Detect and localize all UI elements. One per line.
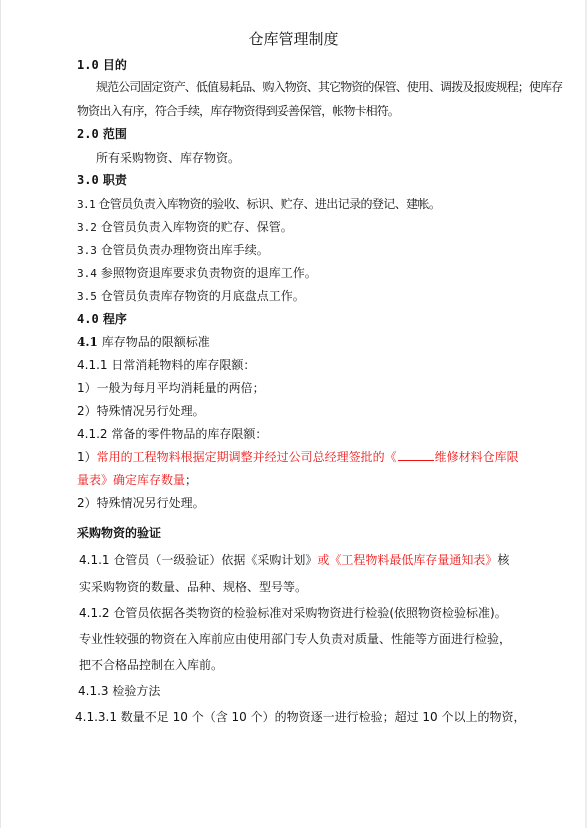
list-item: 1）常用的工程物料根据定期调整并经过公司总经理签批的《维修材料仓库限 — [77, 450, 519, 464]
item-text: 仓管员负责入库物资的验收、标识、贮存、进出记录的登记、建帐。 — [98, 197, 440, 211]
list-item: 3.1 仓管员负责入库物资的验收、标识、贮存、进出记录的登记、建帐。 — [77, 197, 440, 212]
heading-number: 1.0 — [77, 58, 99, 72]
heading-text: 目的 — [103, 58, 127, 72]
item-number: 3.1 — [77, 198, 95, 211]
list-item: 3.4 参照物资退库要求负责物资的退库工作。 — [77, 266, 317, 281]
highlighted-text: 维修材料仓库限 — [435, 450, 519, 464]
heading-number: 2.0 — [77, 127, 99, 141]
paragraph: 4.1.1 仓管员（一级验证）依据《采购计划》或《工程物料最低库存量通知表》核 — [79, 553, 509, 567]
item-prefix: 1） — [77, 450, 97, 464]
heading-number: 3.0 — [77, 173, 99, 187]
section-heading-procedure: 4.0 程序 — [77, 312, 127, 326]
section-heading-verification: 采购物资的验证 — [77, 526, 161, 540]
text: 核 — [497, 553, 509, 567]
paragraph: 实采购物资的数量、品种、规格、型号等。 — [79, 580, 307, 594]
paragraph: 4.1.3.1 数量不足 10 个（含 10 个）的物资逐一进行检验；超过 10… — [75, 710, 526, 724]
heading-text: 范围 — [103, 127, 127, 141]
item-text: 仓管员负责库存物资的月底盘点工作。 — [101, 289, 305, 303]
item-number: 3.5 — [77, 290, 97, 303]
page-edge — [0, 0, 1, 828]
fill-in-blank — [398, 450, 434, 461]
heading-number: 4.1 — [77, 335, 98, 349]
heading-text: 程序 — [103, 312, 127, 326]
list-item: 2）特殊情况另行处理。 — [77, 496, 205, 510]
paragraph: 专业性较强的物资在入库前应由使用部门专人负责对质量、性能等方面进行检验， — [79, 632, 511, 646]
highlighted-text: 或《工程物料最低库存量通知表》 — [317, 553, 497, 567]
paragraph: 物资出入有序，符合手续，库存物资得到妥善保管，帐物卡相符。 — [77, 104, 399, 118]
heading-number: 4.0 — [77, 312, 99, 326]
paragraph: 4.1.2 常备的零件物品的库存限额： — [77, 427, 267, 441]
punctuation: ； — [185, 473, 197, 487]
list-item: 3.2 仓管员负责入库物资的贮存、保管。 — [77, 220, 293, 235]
paragraph: 4.1.3 检验方法 — [78, 684, 160, 698]
item-number: 3.2 — [77, 221, 97, 234]
heading-text: 职责 — [103, 173, 127, 187]
paragraph: 规范公司固定资产、低值易耗品、购入物资、其它物资的保管、使用、调拨及报废规程；使… — [96, 80, 562, 94]
list-item: 3.5 仓管员负责库存物资的月底盘点工作。 — [77, 289, 305, 304]
list-item-continuation: 量表》确定库存数量； — [77, 473, 197, 487]
heading-text: 库存物品的限额标准 — [102, 335, 210, 349]
list-item: 2）特殊情况另行处理。 — [77, 404, 205, 418]
item-text: 仓管员负责办理物资出库手续。 — [101, 243, 269, 257]
text: 4.1.1 仓管员（一级验证）依据《采购计划》 — [79, 553, 317, 567]
item-text: 仓管员负责入库物资的贮存、保管。 — [101, 220, 293, 234]
document-title: 仓库管理制度 — [0, 30, 587, 48]
paragraph: 4.1.2 仓管员依据各类物资的检验标准对采购物资进行检验(依照物资检验标准)。 — [79, 606, 507, 620]
section-heading-scope: 2.0 范围 — [77, 127, 127, 141]
item-text: 参照物资退库要求负责物资的退库工作。 — [101, 266, 317, 280]
paragraph: 4.1.1 日常消耗物料的库存限额： — [77, 358, 255, 372]
section-heading-purpose: 1.0 目的 — [77, 58, 127, 72]
item-number: 3.3 — [77, 244, 97, 257]
section-heading-responsibilities: 3.0 职责 — [77, 173, 127, 187]
highlighted-text: 量表》确定库存数量 — [77, 473, 185, 487]
subsection-heading: 4.1 库存物品的限额标准 — [77, 335, 210, 349]
list-item: 3.3 仓管员负责办理物资出库手续。 — [77, 243, 269, 258]
list-item: 1）一般为每月平均消耗量的两倍； — [77, 381, 265, 395]
highlighted-text: 常用的工程物料根据定期调整并经过公司总经理签批的《 — [97, 450, 397, 464]
paragraph: 所有采购物资、库存物资。 — [96, 151, 240, 165]
paragraph: 把不合格品控制在入库前。 — [79, 658, 223, 672]
item-number: 3.4 — [77, 267, 97, 280]
